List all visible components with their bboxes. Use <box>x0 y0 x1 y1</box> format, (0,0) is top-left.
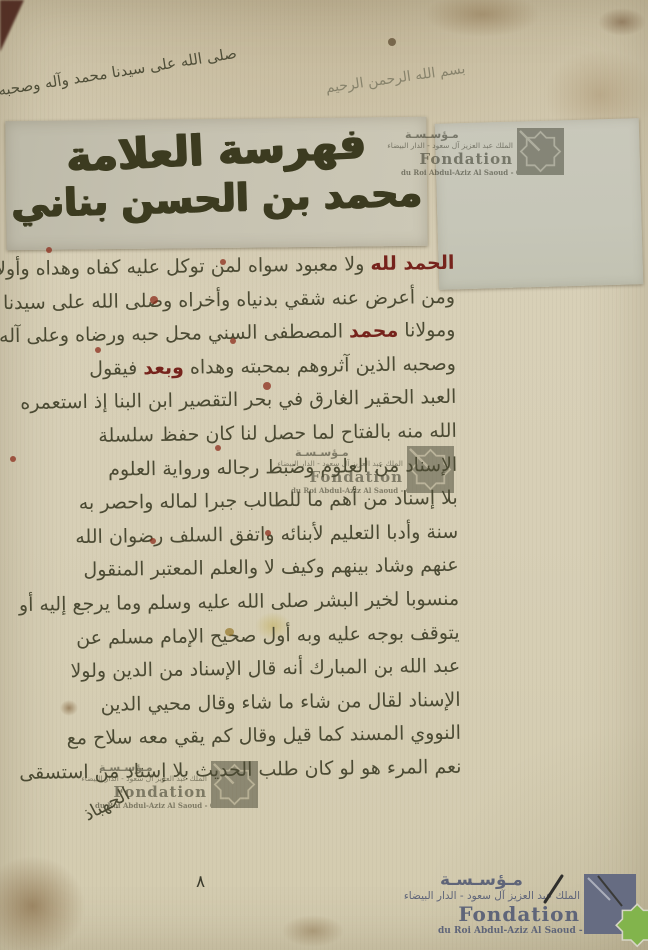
basmala-annotation: بسم الله الرحمن الرحيم <box>306 61 467 99</box>
manuscript-text-block: الحمد لله ولا معبود سواه لمن توكل عليه ك… <box>0 247 462 791</box>
foundation-logo-color: مـؤسـسـة الملك عبد العزيز آل سعود - الدا… <box>438 870 638 936</box>
ink-dot <box>10 456 16 462</box>
manuscript-line: منسوبا لخير البشر صلى الله عليه وسلم وما… <box>3 583 459 623</box>
ink-dot <box>95 347 101 353</box>
ink-dot <box>215 445 221 451</box>
foundation-watermark-top: مـؤسـسـة الملك عبد العزيز آل سعود - الدا… <box>401 128 564 177</box>
ink-speck <box>388 38 396 46</box>
ink-dot <box>263 382 271 390</box>
red-ink-word: وبعد <box>143 356 184 379</box>
foundation-star-logo-icon <box>584 870 638 932</box>
stain <box>425 0 540 37</box>
foundation-star-logo-icon <box>517 128 564 175</box>
manuscript-page-scan: صلى الله على سيدنا محمد وآله وصحبه وسلم … <box>0 0 648 950</box>
foundation-watermark-text: مـؤسـسـة الملك عبد العزيز آل سعود - الدا… <box>401 128 513 177</box>
ink-dot <box>230 338 236 344</box>
ink-dot <box>225 628 234 636</box>
stain <box>0 856 85 950</box>
red-ink-word: محمد <box>349 320 398 343</box>
manuscript-line: نعم المرء هو لو كان طلب الحديث بلا إسناد… <box>5 751 461 791</box>
salawat-annotation: صلى الله على سيدنا محمد وآله وصحبه وسلم <box>6 44 238 98</box>
page-number: ٨ <box>196 872 205 892</box>
ink-dot <box>150 538 156 544</box>
stain <box>282 915 344 947</box>
red-ink-word: الحمد لله <box>370 252 454 275</box>
ink-dot <box>265 530 271 536</box>
ink-dot <box>46 247 52 253</box>
ownership-label: فهرسة العلامة محمد بن الحسن بناني <box>5 117 427 250</box>
ink-dot <box>220 259 226 265</box>
binding-corner <box>0 0 24 52</box>
stain <box>598 8 646 36</box>
ink-dot <box>150 296 158 304</box>
